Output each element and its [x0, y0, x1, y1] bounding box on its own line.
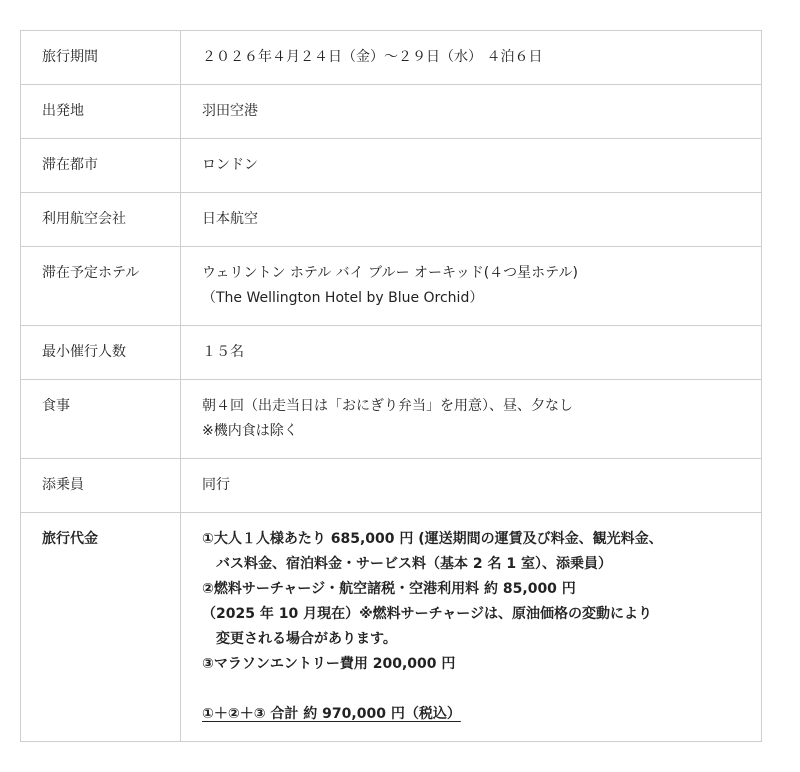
price-item-3: ③マラソンエントリー費用 200,000 円: [202, 652, 741, 677]
travel-period-text: ２０２６年４月２４日（金）～２９日（水） ４泊６日: [202, 45, 741, 70]
price-item-2-note: （2025 年 10 月現在）※燃料サーチャージは、原油価格の変動により: [202, 602, 741, 627]
price-item-1: ①大人１人様あたり 685,000 円 (運送期間の運賃及び料金、観光料金、: [202, 527, 741, 552]
value-city: ロンドン: [181, 139, 762, 193]
value-min-participants: １５名: [181, 326, 762, 380]
row-min-participants: 最小催行人数 １５名: [21, 326, 762, 380]
departure-text: 羽田空港: [202, 99, 741, 124]
value-hotel: ウェリントン ホテル バイ ブルー オーキッド(４つ星ホテル) （The Wel…: [181, 247, 762, 326]
row-price: 旅行代金 ①大人１人様あたり 685,000 円 (運送期間の運賃及び料金、観光…: [21, 513, 762, 742]
row-tour-conductor: 添乗員 同行: [21, 459, 762, 513]
tour-conductor-text: 同行: [202, 473, 741, 498]
label-airline: 利用航空会社: [21, 193, 181, 247]
row-travel-period: 旅行期間 ２０２６年４月２４日（金）～２９日（水） ４泊６日: [21, 31, 762, 85]
label-tour-conductor: 添乗員: [21, 459, 181, 513]
meals-text: 朝４回（出走当日は「おにぎり弁当」を用意）、昼、夕なし: [202, 394, 741, 419]
hotel-name-en: （The Wellington Hotel by Blue Orchid）: [202, 286, 741, 311]
min-participants-text: １５名: [202, 340, 741, 365]
value-travel-period: ２０２６年４月２４日（金）～２９日（水） ４泊６日: [181, 31, 762, 85]
row-hotel: 滞在予定ホテル ウェリントン ホテル バイ ブルー オーキッド(４つ星ホテル) …: [21, 247, 762, 326]
tour-details-table: 旅行期間 ２０２６年４月２４日（金）～２９日（水） ４泊６日 出発地 羽田空港 …: [20, 30, 762, 742]
airline-text: 日本航空: [202, 207, 741, 232]
label-price: 旅行代金: [21, 513, 181, 742]
price-item-2: ②燃料サーチャージ・航空諸税・空港利用料 約 85,000 円: [202, 577, 741, 602]
label-city: 滞在都市: [21, 139, 181, 193]
value-departure: 羽田空港: [181, 85, 762, 139]
price-item-2-note-cont: 変更される場合があります。: [202, 627, 741, 652]
meals-note: ※機内食は除く: [202, 419, 741, 444]
label-min-participants: 最小催行人数: [21, 326, 181, 380]
spacer: [202, 677, 741, 702]
value-airline: 日本航空: [181, 193, 762, 247]
hotel-name-ja: ウェリントン ホテル バイ ブルー オーキッド(４つ星ホテル): [202, 261, 741, 286]
value-tour-conductor: 同行: [181, 459, 762, 513]
city-text: ロンドン: [202, 153, 741, 178]
row-airline: 利用航空会社 日本航空: [21, 193, 762, 247]
label-meals: 食事: [21, 380, 181, 459]
row-city: 滞在都市 ロンドン: [21, 139, 762, 193]
row-meals: 食事 朝４回（出走当日は「おにぎり弁当」を用意）、昼、夕なし ※機内食は除く: [21, 380, 762, 459]
price-total: ①＋②＋③ 合計 約 970,000 円（税込）: [202, 706, 461, 722]
label-departure: 出発地: [21, 85, 181, 139]
label-travel-period: 旅行期間: [21, 31, 181, 85]
value-price: ①大人１人様あたり 685,000 円 (運送期間の運賃及び料金、観光料金、 バ…: [181, 513, 762, 742]
price-item-1-cont: バス料金、宿泊料金・サービス料（基本 2 名 1 室）、添乗員）: [202, 552, 741, 577]
value-meals: 朝４回（出走当日は「おにぎり弁当」を用意）、昼、夕なし ※機内食は除く: [181, 380, 762, 459]
row-departure: 出発地 羽田空港: [21, 85, 762, 139]
label-hotel: 滞在予定ホテル: [21, 247, 181, 326]
